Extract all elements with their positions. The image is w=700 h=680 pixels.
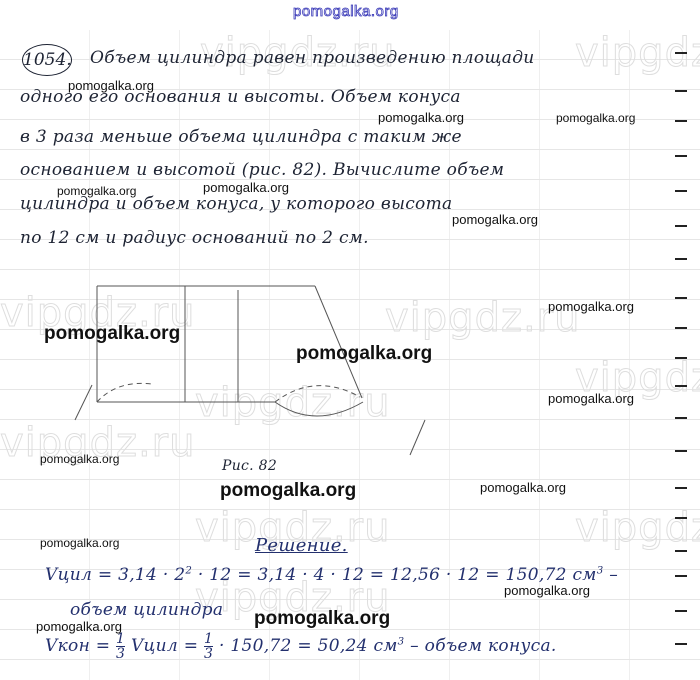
fraction: 13	[116, 632, 125, 661]
top-watermark: pomogalka.org	[293, 3, 399, 20]
worksheet-page: vipgdz.ru vipgdz.ru vipgdz.ru vipgdz.ru …	[0, 0, 700, 680]
site-watermark: pomogalka.org	[44, 323, 180, 345]
site-watermark: pomogalka.org	[36, 619, 122, 634]
ghost-watermark: vipgdz.ru	[575, 505, 700, 551]
site-watermark: pomogalka.org	[68, 78, 154, 93]
site-watermark: pomogalka.org	[220, 480, 356, 502]
task-number: 1054.	[22, 44, 72, 76]
site-watermark: pomogalka.org	[40, 536, 119, 550]
site-watermark: pomogalka.org	[57, 184, 136, 198]
problem-line: в 3 раза меньше объема цилиндра с таким …	[20, 127, 462, 147]
site-watermark: pomogalka.org	[548, 391, 634, 406]
figure-caption: Рис. 82	[222, 458, 277, 474]
site-watermark: pomogalka.org	[504, 583, 590, 598]
fraction: 13	[204, 632, 213, 661]
site-watermark: pomogalka.org	[480, 480, 566, 495]
site-watermark: pomogalka.org	[40, 452, 119, 466]
site-watermark: pomogalka.org	[452, 212, 538, 227]
problem-line: Объем цилиндра равен произведению площад…	[90, 48, 535, 68]
site-watermark: pomogalka.org	[254, 608, 390, 630]
solution-line-cone: Vкон = 13 Vцил = 13 · 150,72 = 50,24 см3…	[45, 632, 557, 661]
solution-heading: Решение.	[255, 535, 348, 556]
site-watermark: pomogalka.org	[548, 299, 634, 314]
site-watermark: pomogalka.org	[203, 180, 289, 195]
problem-line: основанием и высотой (рис. 82). Вычислит…	[20, 160, 504, 180]
solution-note-cylinder: объем цилиндра	[70, 600, 223, 620]
site-watermark: pomogalka.org	[378, 110, 464, 125]
solution-line-cylinder: Vцил = 3,14 · 22 · 12 = 3,14 · 4 · 12 = …	[45, 565, 618, 585]
site-watermark: pomogalka.org	[296, 343, 432, 365]
site-watermark: pomogalka.org	[556, 111, 635, 125]
problem-line: по 12 см и радиус оснований по 2 см.	[20, 228, 369, 248]
